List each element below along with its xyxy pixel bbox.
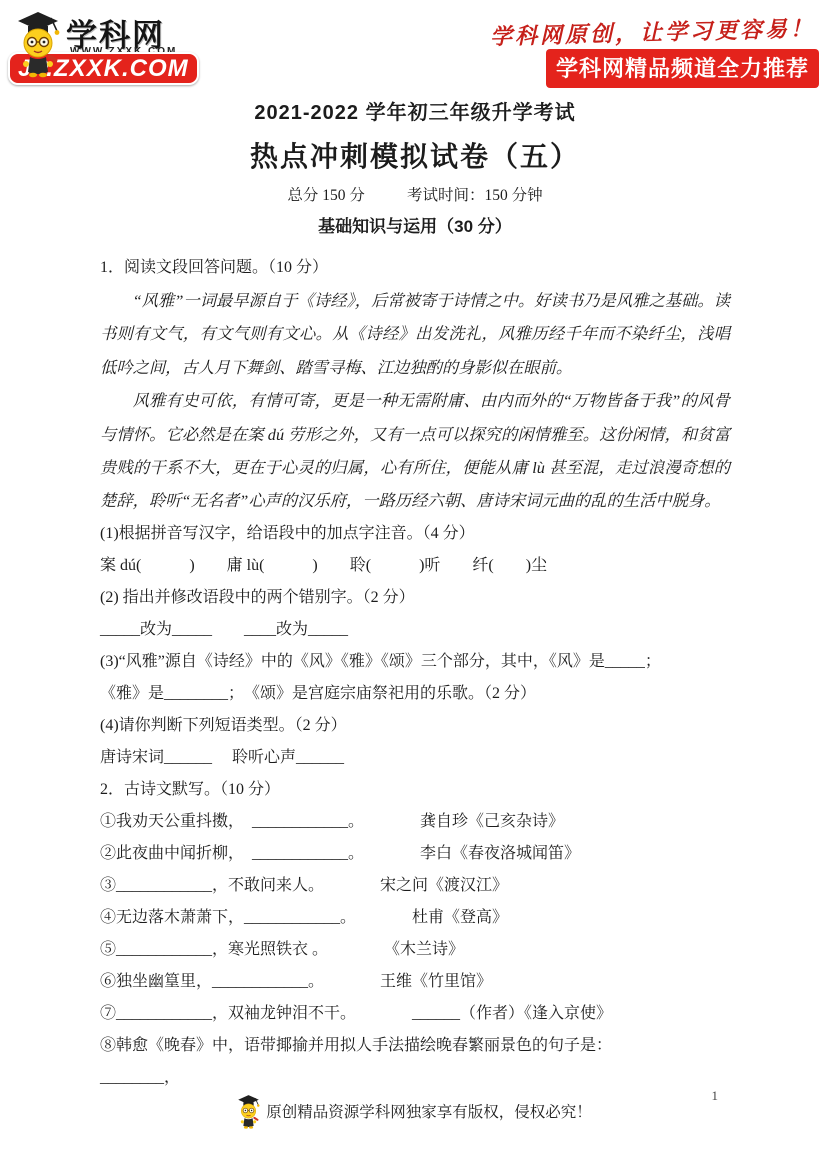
q1-passage-paragraph-2: 风雅有史可依，有情可寄，更是一种无需附庸、由内而外的“万物皆备于我”的风骨与情怀… [100, 384, 730, 518]
poem-line-3: ③____________，不敢问来人。 宋之问《渡汉江》 [100, 870, 730, 902]
poem-source: 龚自珍《己亥杂诗》 [420, 806, 564, 838]
poem-stem: ③____________，不敢问来人。 [100, 870, 324, 902]
q1-pinyin-blanks-line: 案 dú( ) 庸 lù( ) 聆( )听 纤( )尘 [100, 550, 730, 582]
graduate-mascot-icon [235, 1092, 262, 1129]
q1-sub3-line1: (3)“风雅”源自《诗经》中的《风》《雅》《颂》三个部分，其中，《风》是____… [100, 646, 730, 678]
section-heading: 基础知识与运用（30 分） [100, 216, 730, 238]
q1-stem: 1．阅读文段回答问题。（10 分） [100, 252, 730, 284]
q1-correction-blanks-line: _____改为_____ ____改为_____ [100, 614, 730, 646]
poem-stem: ①我劝天公重抖擞， ____________。 [100, 806, 364, 838]
poem-source: 宋之问《渡汉江》 [380, 870, 508, 902]
page-footer: 原创精品资源学科网独家享有版权，侵权必究！ [0, 1092, 827, 1134]
poem-source: 李白《春夜洛城闻笛》 [420, 838, 580, 870]
poem-stem: ②此夜曲中闻折柳， ____________。 [100, 838, 364, 870]
poem-source: ______（作者）《逢入京使》 [412, 998, 612, 1030]
poem-line-2: ②此夜曲中闻折柳， ____________。 李白《春夜洛城闻笛》 [100, 838, 730, 870]
q1-passage-paragraph-1: “风雅”一词最早源自于《诗经》，后常被寄于诗情之中。好读书乃是风雅之基础。读书则… [100, 284, 730, 384]
exam-session-title: 2021-2022 学年初三年级升学考试 [100, 100, 730, 126]
poem-line-7: ⑦____________，双袖龙钟泪不干。 ______（作者）《逢入京使》 [100, 998, 730, 1030]
promo-banner: 学科网精品频道全力推荐 [546, 49, 819, 88]
brand-slogan: 学科网原创，让学习更容易！ [490, 12, 816, 51]
q1-sub2-stem: (2) 指出并修改语段中的两个错别字。（2 分） [100, 582, 730, 614]
exam-paper-page: 学科网 WWW.ZXXK.COM JP.ZXXK.COM 学科网原创，让学习更容… [0, 0, 827, 1169]
exam-content: 2021-2022 学年初三年级升学考试 热点冲刺模拟试卷（五） 总分 150 … [100, 100, 730, 1094]
score-time-line: 总分 150 分考试时间：150 分钟 [100, 186, 730, 206]
poem-stem: ⑥独坐幽篁里，____________。 [100, 966, 324, 998]
poem-stem: ④无边落木萧萧下，____________。 [100, 902, 356, 934]
q1-sub1-stem: (1)根据拼音写汉字，给语段中的加点字注音。（4 分） [100, 518, 730, 550]
poem-line-1: ①我劝天公重抖擞， ____________。 龚自珍《己亥杂诗》 [100, 806, 730, 838]
q1-phrase-blanks-line: 唐诗宋词______ 聆听心声______ [100, 742, 730, 774]
poem-line-6: ⑥独坐幽篁里，____________。 王维《竹里馆》 [100, 966, 730, 998]
poem-line-8: ⑧韩愈《晚春》中，语带揶揄并用拟人手法描绘晚春繁丽景色的句子是：________… [100, 1030, 730, 1094]
q1-sub3-line2: 《雅》是________； 《颂》是宫庭宗庙祭祀用的乐歌。（2 分） [100, 678, 730, 710]
poem-source: 《木兰诗》 [384, 934, 464, 966]
poem-source: 王维《竹里馆》 [380, 966, 492, 998]
poem-stem: ⑤____________，寒光照铁衣 。 [100, 934, 328, 966]
poem-line-5: ⑤____________，寒光照铁衣 。 《木兰诗》 [100, 934, 730, 966]
poem-line-4: ④无边落木萧萧下，____________。 杜甫《登高》 [100, 902, 730, 934]
poem-stem: ⑧韩愈《晚春》中，语带揶揄并用拟人手法描绘晚春繁丽景色的句子是：________… [100, 1030, 674, 1094]
poem-stem: ⑦____________，双袖龙钟泪不干。 [100, 998, 356, 1030]
page-header: 学科网 WWW.ZXXK.COM JP.ZXXK.COM 学科网原创，让学习更容… [0, 0, 827, 96]
page-number: 1 [712, 1088, 719, 1104]
total-score: 总分 150 分 [287, 187, 365, 204]
q2-stem: 2．古诗文默写。（10 分） [100, 774, 730, 806]
exam-time: 考试时间：150 分钟 [407, 187, 543, 204]
q1-sub4-stem: (4)请你判断下列短语类型。（2 分） [100, 710, 730, 742]
poem-source: 杜甫《登高》 [412, 902, 508, 934]
graduate-mascot-icon [12, 6, 64, 78]
copyright-notice: 原创精品资源学科网独家享有版权，侵权必究！ [266, 1100, 592, 1122]
paper-title: 热点冲刺模拟试卷（五） [100, 138, 730, 176]
